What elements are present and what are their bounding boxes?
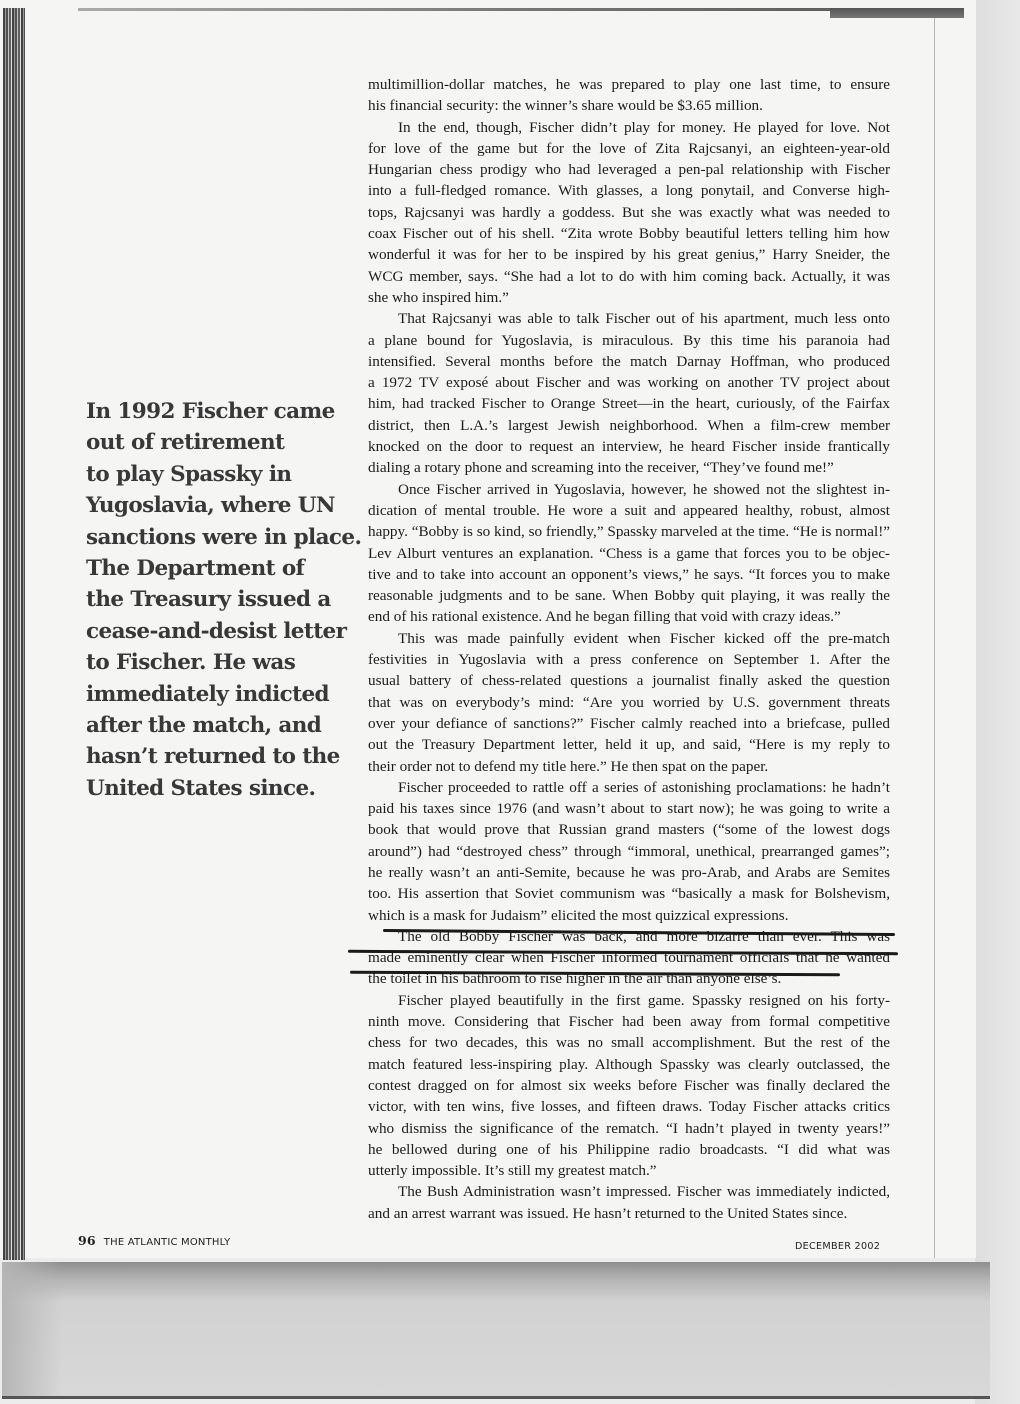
body-text-line: end of his rational existence. And he be… xyxy=(368,606,890,627)
body-text-line: a 1972 TV exposé about Fischer and was w… xyxy=(368,372,890,393)
body-text-line: coax Fischer out of his shell. “Zita wro… xyxy=(368,223,890,244)
paragraph-first-line: That Rajcsanyi was able to talk Fischer … xyxy=(368,308,890,329)
pull-quote-line: to play Spassky in xyxy=(86,459,336,490)
binding-edge xyxy=(3,8,25,1260)
body-text-line: Lev Alburt ventures an explanation. “Che… xyxy=(368,543,890,564)
body-text-line: he really wasn’t an anti-Semite, because… xyxy=(368,862,890,883)
body-text-line: who dismiss the significance of the rema… xyxy=(368,1118,890,1139)
body-text-line: which is a mask for Judaism” elicited th… xyxy=(368,905,890,926)
body-text-line: for love of the game but for the love of… xyxy=(368,138,890,159)
body-text-line: multimillion-dollar matches, he was prep… xyxy=(368,74,890,95)
body-text-line: WCG member, says. “She had a lot to do w… xyxy=(368,266,890,287)
body-text-line: their order not to defend my title here.… xyxy=(368,756,890,777)
body-text-line: contest dragged on for almost six weeks … xyxy=(368,1075,890,1096)
body-text-line: dication of mental trouble. He wore a su… xyxy=(368,500,890,521)
top-edge-shadow-dark xyxy=(830,8,964,18)
pull-quote-line: immediately indicted xyxy=(86,679,336,710)
pull-quote-line: cease-and-desist letter xyxy=(86,616,336,647)
paragraph-first-line: The Bush Administration wasn’t impressed… xyxy=(368,1181,890,1202)
paragraph-first-line: This was made painfully evident when Fis… xyxy=(368,628,890,649)
body-text-line: a plane bound for Yugoslavia, is miracul… xyxy=(368,330,890,351)
body-text-line: happy. “Bobby is so kind, so friendly,” … xyxy=(368,521,890,542)
body-text-line: match featured less-inspiring play. Alth… xyxy=(368,1054,890,1075)
body-text-line: Hungarian chess prodigy who had leverage… xyxy=(368,159,890,180)
scanner-bed-margin xyxy=(975,0,1020,1404)
paragraph-first-line: Fischer proceeded to rattle off a series… xyxy=(368,777,890,798)
body-text-line: around”) had “destroyed chess” through “… xyxy=(368,841,890,862)
page-number: 96 xyxy=(78,1233,96,1248)
body-text-line: too. His assertion that Soviet communism… xyxy=(368,883,890,904)
issue-date: DECEMBER 2002 xyxy=(795,1241,880,1252)
body-text-line: usual battery of chess-related questions… xyxy=(368,670,890,691)
scanned-magazine-page: In 1992 Fischer cameout of retirementto … xyxy=(0,0,1020,1404)
pull-quote-line: out of retirement xyxy=(86,427,336,458)
paragraph-first-line: Fischer played beautifully in the first … xyxy=(368,990,890,1011)
next-page-edge xyxy=(2,1262,990,1399)
pull-quote-line: sanctions were in place. xyxy=(86,522,336,553)
pull-quote-line: Yugoslavia, where UN xyxy=(86,490,336,521)
pull-quote: In 1992 Fischer cameout of retirementto … xyxy=(86,396,336,804)
body-text-line: reasonable judgments and to be sane. Whe… xyxy=(368,585,890,606)
body-text-line: chess for two decades, this was no small… xyxy=(368,1032,890,1053)
body-text-line: tops, Rajcsanyi was hardly a goddess. Bu… xyxy=(368,202,890,223)
pull-quote-line: after the match, and xyxy=(86,710,336,741)
body-text-line: book that would prove that Russian grand… xyxy=(368,819,890,840)
paragraph-first-line: Once Fischer arrived in Yugoslavia, howe… xyxy=(368,479,890,500)
body-text-line: victor, with ten wins, five losses, and … xyxy=(368,1096,890,1117)
body-text-line: wonderful it was for her to be inspired … xyxy=(368,244,890,265)
body-text-line: ninth move. Considering that Fischer had… xyxy=(368,1011,890,1032)
publication-name: THE ATLANTIC MONTHLY xyxy=(104,1237,231,1248)
body-text-line: paid his taxes since 1976 (and wasn’t ab… xyxy=(368,798,890,819)
pull-quote-line: The Department of xyxy=(86,553,336,584)
body-text-line: dialing a rotary phone and screaming int… xyxy=(368,457,890,478)
body-text-line: him, had tracked Fischer to Orange Stree… xyxy=(368,393,890,414)
body-text-line: that was on everybody’s mind: “Are you w… xyxy=(368,692,890,713)
pull-quote-line: to Fischer. He was xyxy=(86,647,336,678)
body-text-line: she who inspired him.” xyxy=(368,287,890,308)
pull-quote-line: the Treasury issued a xyxy=(86,584,336,615)
page-fold-line xyxy=(934,18,935,1258)
body-text-line: utterly impossible. It’s still my greate… xyxy=(368,1160,890,1181)
magazine-page: In 1992 Fischer cameout of retirementto … xyxy=(0,0,976,1258)
body-text-line: over your defiance of sanctions?” Fische… xyxy=(368,713,890,734)
body-text-line: he bellowed during one of his Philippine… xyxy=(368,1139,890,1160)
body-text-line: and an arrest warrant was issued. He has… xyxy=(368,1203,890,1224)
page-footer-left: 96THE ATLANTIC MONTHLY xyxy=(78,1233,230,1248)
body-text-line: festivities in Yugoslavia with a press c… xyxy=(368,649,890,670)
paragraph-first-line: In the end, though, Fischer didn’t play … xyxy=(368,117,890,138)
pull-quote-line: United States since. xyxy=(86,773,336,804)
body-text-line: district, then L.A.’s largest Jewish nei… xyxy=(368,415,890,436)
body-text-line: into a full-fledged romance. With glasse… xyxy=(368,180,890,201)
body-text-line: his financial security: the winner’s sha… xyxy=(368,95,890,116)
pull-quote-line: In 1992 Fischer came xyxy=(86,396,336,427)
pull-quote-line: hasn’t returned to the xyxy=(86,741,336,772)
body-text-line: out the Treasury Department letter, held… xyxy=(368,734,890,755)
article-body: multimillion-dollar matches, he was prep… xyxy=(368,74,890,1224)
body-text-line: knocked on the door to request an interv… xyxy=(368,436,890,457)
body-text-line: intensified. Several months before the m… xyxy=(368,351,890,372)
body-text-line: tive and to take into account an opponen… xyxy=(368,564,890,585)
